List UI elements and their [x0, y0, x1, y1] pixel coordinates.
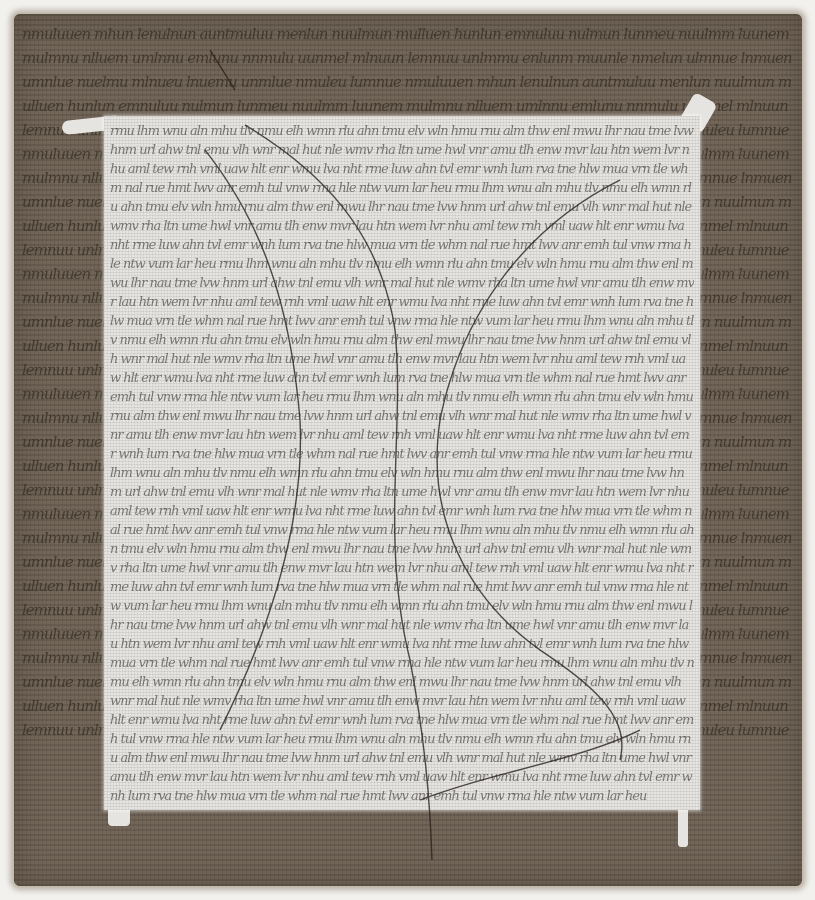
stitched-line-threads — [0, 0, 815, 900]
